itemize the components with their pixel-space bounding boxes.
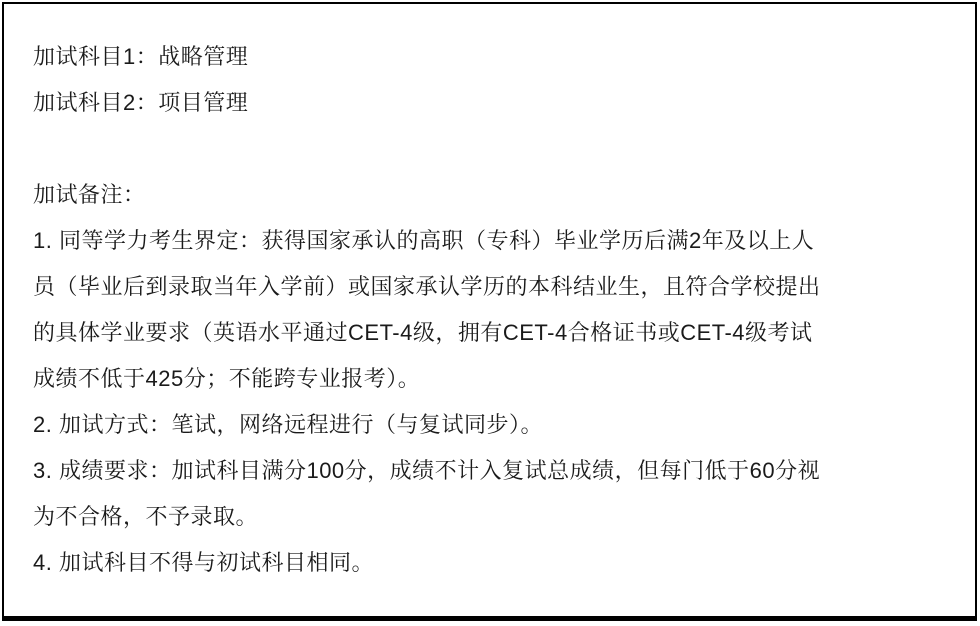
remarks-heading: 加试备注： xyxy=(33,172,951,218)
extra-subject-1: 加试科目1：战略管理 xyxy=(33,34,951,80)
remark-line: 2. 加试方式：笔试，网络远程进行（与复试同步）。 xyxy=(33,402,951,448)
extra-exam-notes-panel: 加试科目1：战略管理 加试科目2：项目管理 加试备注： 1. 同等学力考生界定：… xyxy=(2,2,977,621)
remark-line: 1. 同等学力考生界定：获得国家承认的高职（专科）毕业学历后满2年及以上人 xyxy=(33,218,951,264)
remark-line: 为不合格，不予录取。 xyxy=(33,494,951,540)
blank-line xyxy=(33,126,951,172)
remark-line: 的具体学业要求（英语水平通过CET-4级，拥有CET-4合格证书或CET-4级考… xyxy=(33,310,951,356)
extra-subject-2: 加试科目2：项目管理 xyxy=(33,80,951,126)
remark-line: 成绩不低于425分；不能跨专业报考）。 xyxy=(33,356,951,402)
remark-line: 员（毕业后到录取当年入学前）或国家承认学历的本科结业生，且符合学校提出 xyxy=(33,264,951,310)
remark-line: 4. 加试科目不得与初试科目相同。 xyxy=(33,540,951,586)
remark-line: 3. 成绩要求：加试科目满分100分，成绩不计入复试总成绩，但每门低于60分视 xyxy=(33,448,951,494)
